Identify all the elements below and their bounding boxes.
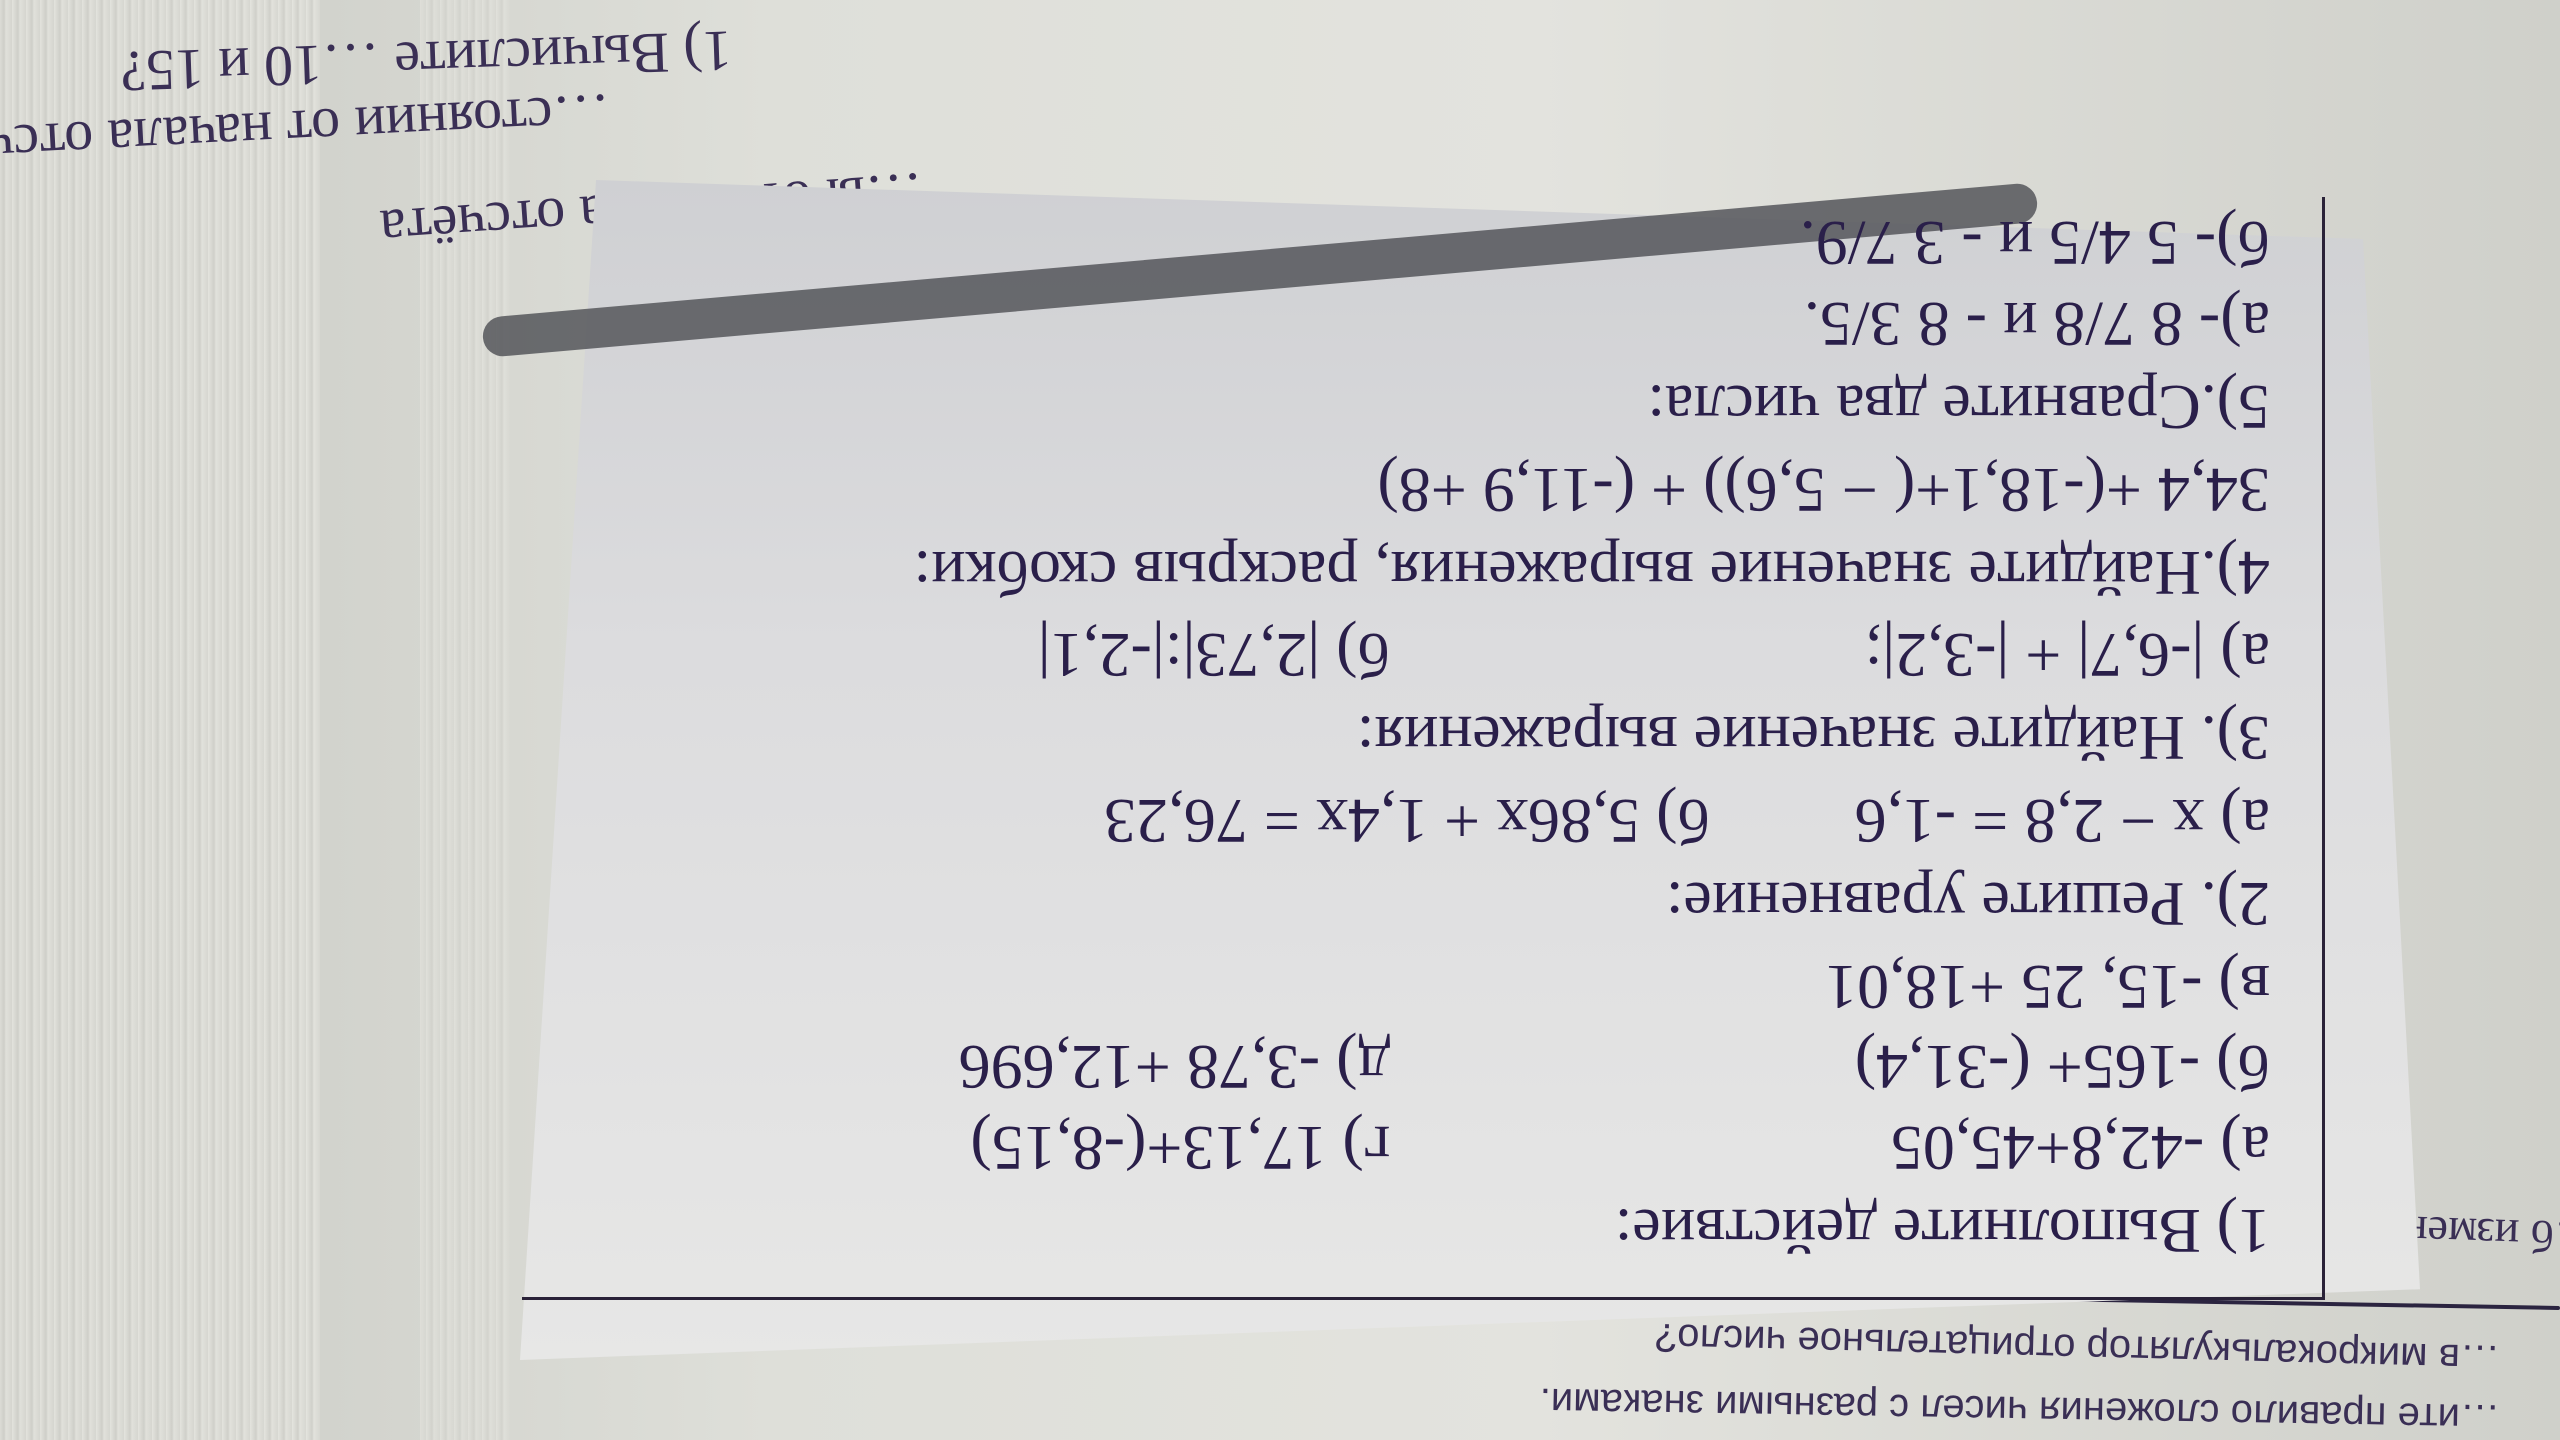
expression: 34,4 +(-18,1+( − 5,6)) + (-11,9 +8) (550, 451, 2270, 528)
textbook-line: …ите правило сложения чисел с разными зн… (1539, 1379, 2500, 1440)
expression: б) |2,73|:|-2,1| (550, 617, 1390, 694)
worksheet-content: 1) Выполните действие: а) -42,8+45,05 г)… (550, 201, 2270, 1275)
expression: б) -165+ (-31,4) (1390, 1029, 2270, 1106)
expression: б) 5,86x + 1,4x = 76,23 (550, 782, 1710, 859)
textbook-page-edges (0, 0, 320, 1440)
task-row: б) -165+ (-31,4) д) -3,78 +12,696 (550, 1029, 2270, 1106)
expression: б)- 5 4/5 и - 3 7/9. (550, 205, 2270, 282)
task-1: 1) Выполните действие: а) -42,8+45,05 г)… (550, 948, 2270, 1269)
photo: …ы от начала отсчёта …стоянии от начала … (0, 0, 2560, 1440)
expression: в) -15, 25 +18,01 (1390, 948, 2270, 1025)
task-5: 5).Сравните два числа: а)- 8 7/8 и - 8 3… (550, 205, 2270, 445)
task-3: 3). Найдите значение выражения: а) |-6,7… (550, 617, 2270, 777)
expression: г) 17,13+(-8,15) (550, 1109, 1390, 1186)
task-4: 4).Найдите значение выражения, раскрыв с… (550, 451, 2270, 611)
expression (550, 948, 1390, 1025)
expression: а) |-6,7| + |-3,2|; (1390, 617, 2270, 694)
expression: а)- 8 7/8 и - 8 3/5. (550, 285, 2270, 362)
task-2: 2). Решите уравнение: а) x − 2,8 = -1,6 … (550, 782, 2270, 942)
task-title: 1) Выполните действие: (550, 1192, 2270, 1269)
task-row: а) x − 2,8 = -1,6 б) 5,86x + 1,4x = 76,2… (550, 782, 2270, 859)
expression: а) x − 2,8 = -1,6 (1710, 782, 2270, 859)
task-title: 2). Решите уравнение: (550, 865, 2270, 942)
task-title: 5).Сравните два числа: (550, 368, 2270, 445)
expression: а) -42,8+45,05 (1390, 1109, 2270, 1186)
task-title: 3). Найдите значение выражения: (550, 699, 2270, 776)
task-row: в) -15, 25 +18,01 (550, 948, 2270, 1025)
task-row: а) -42,8+45,05 г) 17,13+(-8,15) (550, 1109, 2270, 1186)
task-title: 4).Найдите значение выражения, раскрыв с… (550, 534, 2270, 611)
task-row: а) |-6,7| + |-3,2|; б) |2,73|:|-2,1| (550, 617, 2270, 694)
expression: д) -3,78 +12,696 (550, 1029, 1390, 1106)
textbook-line: …в микрокалькулятор отрицательное число? (1654, 1314, 2500, 1381)
